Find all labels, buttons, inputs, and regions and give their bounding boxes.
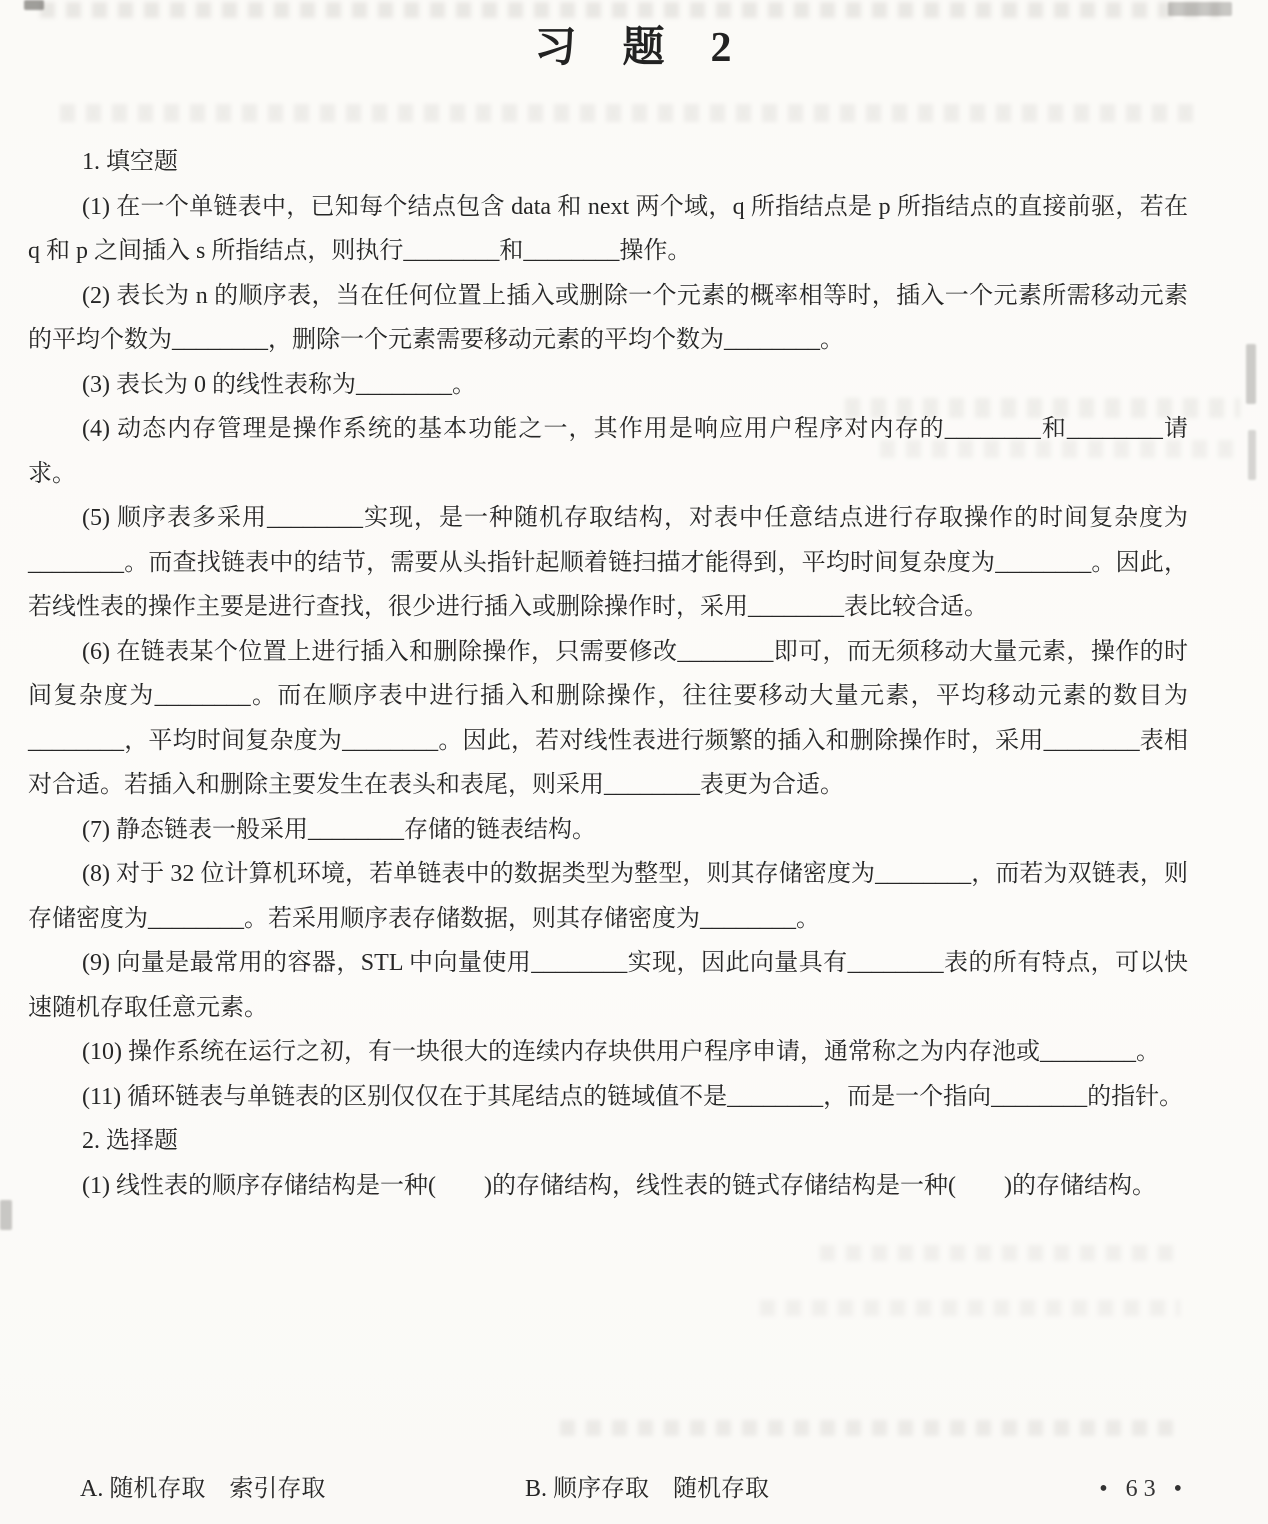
- scan-artifact: [40, 2, 1220, 18]
- fill-question-8: (8) 对于 32 位计算机环境，若单链表中的数据类型为整型，则其存储密度为__…: [28, 852, 1188, 941]
- fill-question-9: (9) 向量是最常用的容器，STL 中向量使用________实现，因此向量具有…: [28, 941, 1188, 1030]
- scan-artifact: [820, 1245, 1180, 1261]
- choice-question-1: (1) 线性表的顺序存储结构是一种( )的存储结构，线性表的链式存储结构是一种(…: [28, 1164, 1188, 1209]
- page-body: 1. 填空题 (1) 在一个单链表中，已知每个结点包含 data 和 next …: [28, 140, 1188, 1208]
- scan-artifact: [560, 1420, 1180, 1436]
- page-footer: A. 随机存取 索引存取 B. 顺序存取 随机存取 • 63 •: [28, 1468, 1188, 1503]
- fill-question-7: (7) 静态链表一般采用________存储的链表结构。: [28, 808, 1188, 853]
- fill-question-3: (3) 表长为 0 的线性表称为________。: [28, 363, 1188, 408]
- scan-speck: [1248, 430, 1256, 480]
- fill-question-11: (11) 循环链表与单链表的区别仅仅在于其尾结点的链域值不是________，而…: [28, 1075, 1188, 1120]
- scan-speck: [0, 1200, 12, 1230]
- choice-option-b: B. 顺序存取 随机存取: [525, 1468, 1099, 1503]
- section-heading-choice: 2. 选择题: [28, 1119, 1188, 1164]
- fill-question-10: (10) 操作系统在运行之初，有一块很大的连续内存块供用户程序申请，通常称之为内…: [28, 1030, 1188, 1075]
- page-number: • 63 •: [1099, 1476, 1188, 1503]
- page-title: 习 题 2: [0, 22, 1268, 74]
- scan-artifact: [60, 104, 1200, 122]
- scan-speck: [1246, 344, 1256, 404]
- scan-speck: [24, 0, 44, 10]
- scanned-textbook-page: 习 题 2 1. 填空题 (1) 在一个单链表中，已知每个结点包含 data 和…: [0, 0, 1268, 1524]
- fill-question-1: (1) 在一个单链表中，已知每个结点包含 data 和 next 两个域，q 所…: [28, 185, 1188, 274]
- section-heading-fill-in: 1. 填空题: [28, 140, 1188, 185]
- fill-question-2: (2) 表长为 n 的顺序表，当在任何位置上插入或删除一个元素的概率相等时，插入…: [28, 274, 1188, 363]
- scan-speck: [1168, 2, 1232, 16]
- fill-question-5: (5) 顺序表多采用________实现，是一种随机存取结构，对表中任意结点进行…: [28, 496, 1188, 630]
- scan-artifact: [760, 1300, 1180, 1316]
- fill-question-4: (4) 动态内存管理是操作系统的基本功能之一，其作用是响应用户程序对内存的___…: [28, 407, 1188, 496]
- choice-option-a: A. 随机存取 索引存取: [28, 1468, 525, 1503]
- fill-question-6: (6) 在链表某个位置上进行插入和删除操作，只需要修改________即可，而无…: [28, 630, 1188, 808]
